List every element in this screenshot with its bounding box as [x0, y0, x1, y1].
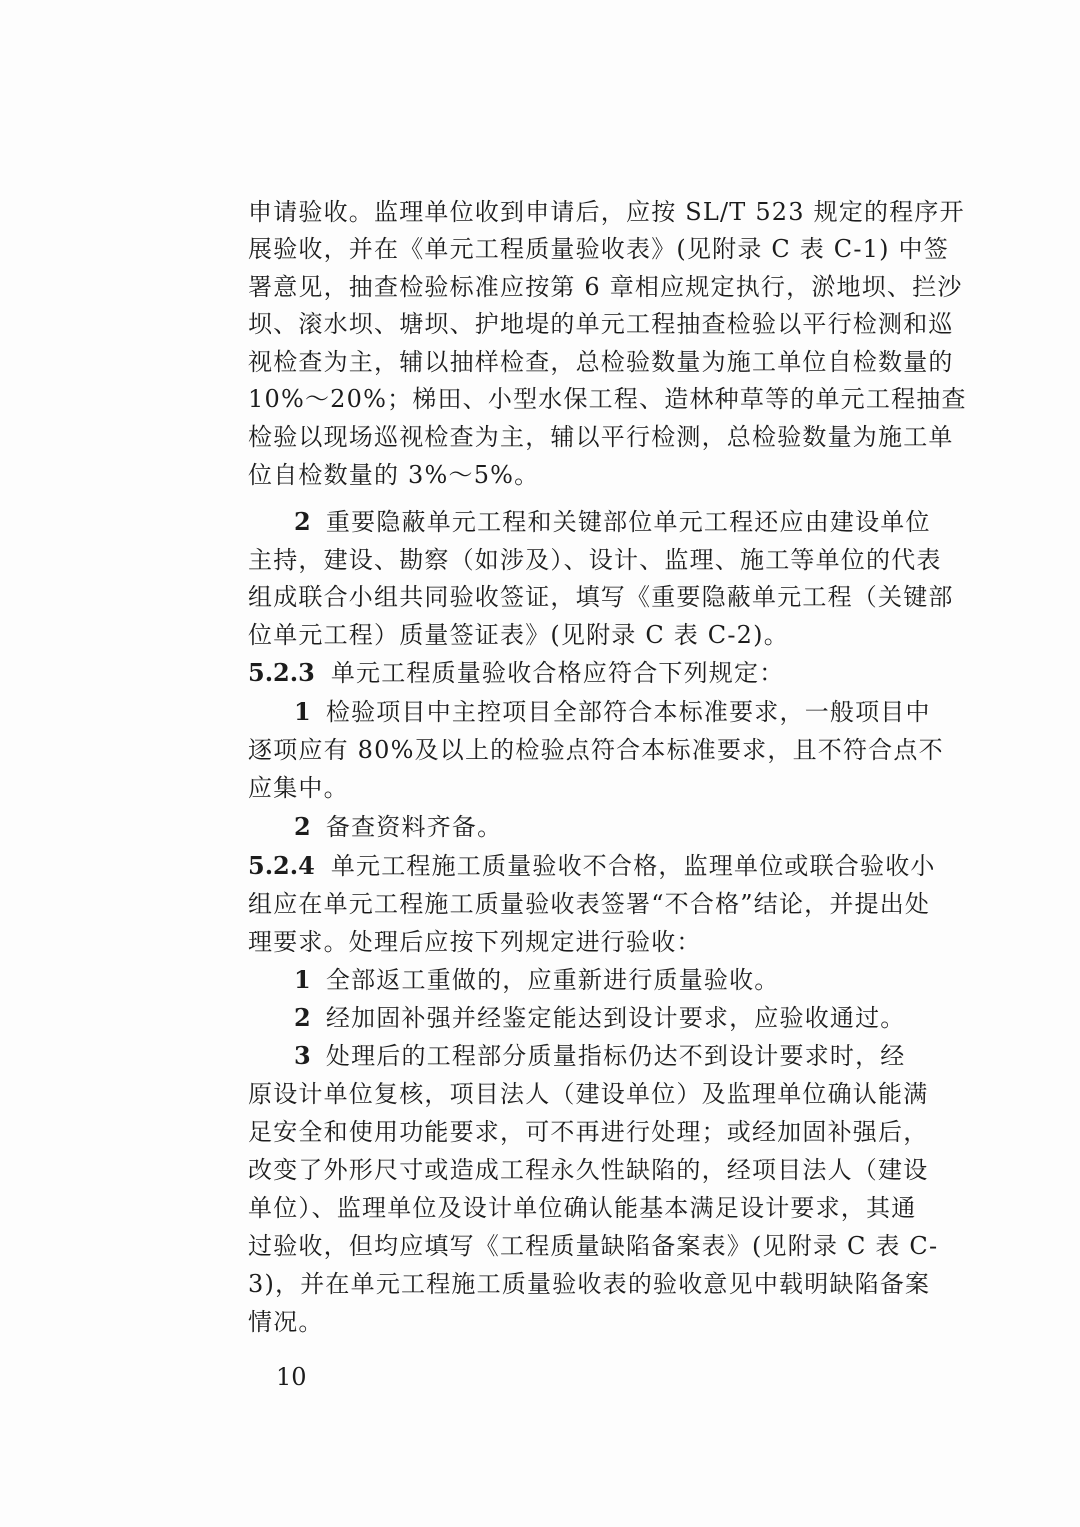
text-line: 过验收，但均应填写《工程质量缺陷备案表》(见附录 C 表 C- — [248, 1229, 898, 1263]
clause-number: 5.2.3 — [248, 656, 315, 690]
item-text: 检验项目中主控项目全部符合本标准要求，一般项目中 — [326, 698, 931, 726]
text-line: 应集中。 — [248, 771, 898, 805]
text-line: 主持，建设、勘察（如涉及）、设计、监理、施工等单位的代表 — [248, 543, 898, 577]
text-line: 坝、滚水坝、塘坝、护地堤的单元工程抽查检验以平行检测和巡 — [248, 307, 898, 341]
text-line: 理要求。处理后应按下列规定进行验收： — [248, 925, 898, 959]
list-item-1: 1检验项目中主控项目全部符合本标准要求，一般项目中 — [294, 695, 898, 729]
text-line: 原设计单位复核，项目法人（建设单位）及监理单位确认能满 — [248, 1077, 898, 1111]
item-number: 1 — [294, 695, 312, 729]
clause-number: 5.2.4 — [248, 849, 315, 883]
text-line: 3)，并在单元工程施工质量验收表的验收意见中载明缺陷备案 — [248, 1267, 898, 1301]
text-line: 情况。 — [248, 1305, 898, 1339]
text-line: 单位）、监理单位及设计单位确认能基本满足设计要求，其通 — [248, 1191, 898, 1225]
list-item-2: 2经加固补强并经鉴定能达到设计要求，应验收通过。 — [294, 1001, 898, 1035]
text-line: 署意见，抽查检验标准应按第 6 章相应规定执行，淤地坝、拦沙 — [248, 270, 898, 304]
item-number: 2 — [294, 810, 312, 844]
item-text: 经加固补强并经鉴定能达到设计要求，应验收通过。 — [326, 1004, 906, 1032]
item-text: 处理后的工程部分质量指标仍达不到设计要求时，经 — [326, 1042, 906, 1070]
item-number: 2 — [294, 505, 312, 539]
text-line: 逐项应有 80%及以上的检验点符合本标准要求，且不符合点不 — [248, 733, 898, 767]
list-item-2: 2重要隐蔽单元工程和关键部位单元工程还应由建设单位 — [294, 505, 898, 539]
text-line: 申请验收。监理单位收到申请后，应按 SL/T 523 规定的程序开 — [248, 195, 898, 229]
text-line: 改变了外形尺寸或造成工程永久性缺陷的，经项目法人（建设 — [248, 1153, 898, 1187]
item-text: 全部返工重做的，应重新进行质量验收。 — [326, 966, 780, 994]
list-item-3: 3处理后的工程部分质量指标仍达不到设计要求时，经 — [294, 1039, 898, 1073]
list-item-1: 1全部返工重做的，应重新进行质量验收。 — [294, 963, 898, 997]
text-line: 10%～20%；梯田、小型水保工程、造林种草等的单元工程抽查 — [248, 382, 898, 416]
text-line: 组应在单元工程施工质量验收表签署“不合格”结论，并提出处 — [248, 887, 898, 921]
item-number: 3 — [294, 1039, 312, 1073]
text-line: 位自检数量的 3%～5%。 — [248, 458, 898, 492]
item-number: 2 — [294, 1001, 312, 1035]
clause-text: 单元工程质量验收合格应符合下列规定： — [331, 659, 785, 687]
list-item-2: 2备查资料齐备。 — [294, 810, 898, 844]
text-line: 展验收，并在《单元工程质量验收表》(见附录 C 表 C-1) 中签 — [248, 232, 898, 266]
clause-5-2-3: 5.2.3单元工程质量验收合格应符合下列规定： — [248, 656, 898, 690]
clause-5-2-4: 5.2.4单元工程施工质量验收不合格，监理单位或联合验收小 — [248, 849, 898, 883]
text-line: 足安全和使用功能要求，可不再进行处理；或经加固补强后， — [248, 1115, 898, 1149]
item-text: 重要隐蔽单元工程和关键部位单元工程还应由建设单位 — [326, 508, 931, 536]
text-line: 位单元工程）质量签证表》(见附录 C 表 C-2)。 — [248, 618, 898, 652]
item-text: 备查资料齐备。 — [326, 813, 502, 841]
clause-text: 单元工程施工质量验收不合格，监理单位或联合验收小 — [331, 852, 936, 880]
text-line: 视检查为主，辅以抽样检查，总检验数量为施工单位自检数量的 — [248, 345, 898, 379]
page-number: 10 — [276, 1360, 307, 1394]
text-line: 组成联合小组共同验收签证，填写《重要隐蔽单元工程（关键部 — [248, 580, 898, 614]
document-page: 申请验收。监理单位收到申请后，应按 SL/T 523 规定的程序开 展验收，并在… — [0, 0, 1080, 1527]
item-number: 1 — [294, 963, 312, 997]
text-line: 检验以现场巡视检查为主，辅以平行检测，总检验数量为施工单 — [248, 420, 898, 454]
